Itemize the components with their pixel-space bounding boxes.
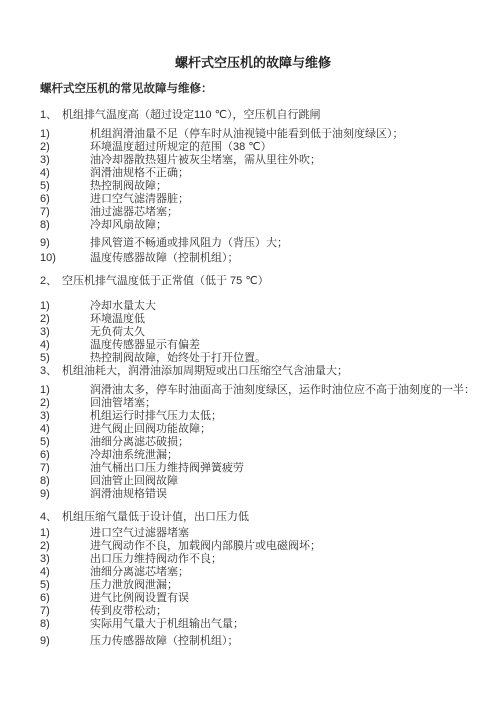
section-number: 1、 — [40, 109, 62, 122]
item-number: 6) — [40, 449, 90, 462]
item-number: 1) — [40, 300, 90, 313]
list-item: 3) 油冷却器散热翅片被灰尘堵塞，需从里往外吹； — [40, 154, 466, 167]
item-text: 机组润滑油量不足（停车时从油视镜中能看到低于油刻度绿区）； — [90, 128, 404, 141]
item-number: 5) — [40, 352, 90, 365]
section-title: 机组压缩气量低于设计值，出口压力低 — [62, 511, 249, 524]
item-text: 热控制阀故障，始终处于打开位置。 — [90, 352, 266, 365]
item-text: 环境温度低 — [90, 313, 145, 326]
list-item: 3) 无负荷太久 — [40, 326, 466, 339]
list-item: 7) 传到皮带松动； — [40, 605, 466, 618]
item-text: 进口空气过滤器堵塞 — [90, 527, 189, 540]
item-number: 5) — [40, 579, 90, 592]
item-number: 6) — [40, 193, 90, 206]
item-text: 传到皮带松动； — [90, 605, 167, 618]
list-item: 3) 出口压力维持阀动作不良； — [40, 553, 466, 566]
section-number: 3、 — [40, 365, 62, 378]
list-item: 7) 油气桶出口压力维持阀弹簧疲劳 — [40, 462, 466, 475]
section-title: 机组排气温度高（超过设定110 ℃），空压机自行跳闸 — [62, 109, 320, 122]
item-text: 出口压力维持阀动作不良； — [90, 553, 222, 566]
item-text: 冷却油系统泄漏； — [90, 449, 178, 462]
item-number: 7) — [40, 605, 90, 618]
item-text: 排风管道不畅通或排风阻力（背压）大； — [90, 237, 288, 250]
item-number: 1) — [40, 527, 90, 540]
item-number: 9) — [40, 488, 90, 501]
item-number: 8) — [40, 475, 90, 488]
item-number: 9) — [40, 237, 90, 250]
item-number: 3) — [40, 553, 90, 566]
list-item: 8) 实际用气量大于机组输出气量； — [40, 618, 466, 631]
section-heading: 3、 机组油耗大，润滑油添加周期短或出口压缩空气含油量大； — [40, 365, 466, 378]
item-text: 热控制阀故障； — [90, 180, 167, 193]
item-number: 3) — [40, 410, 90, 423]
item-text: 压力泄放阀泄漏； — [90, 579, 178, 592]
item-number: 3) — [40, 154, 90, 167]
item-number: 1) — [40, 384, 90, 397]
list-item: 3) 机组运行时排气压力太低； — [40, 410, 466, 423]
document-title: 螺杆式空压机的故障与维修 — [40, 55, 466, 71]
item-number: 8) — [40, 219, 90, 232]
document-page: 螺杆式空压机的故障与维修 螺杆式空压机的常见故障与维修： 1、 机组排气温度高（… — [0, 0, 500, 708]
section-title: 空压机排气温度低于正常值（低于 75 ℃） — [62, 275, 269, 288]
item-text: 回油管堵塞； — [90, 397, 156, 410]
list-item: 8) 冷却风扇故障； — [40, 219, 466, 232]
list-item: 9) 压力传感器故障（控制机组）； — [40, 635, 466, 648]
item-number: 1) — [40, 128, 90, 141]
list-item: 2) 环境温度低 — [40, 313, 466, 326]
item-number: 7) — [40, 462, 90, 475]
item-text: 进口空气滤清器脏； — [90, 193, 189, 206]
item-number: 8) — [40, 618, 90, 631]
item-text: 油细分离滤芯破损； — [90, 436, 189, 449]
list-item: 9) 润滑油规格错误 — [40, 488, 466, 501]
section-heading: 4、 机组压缩气量低于设计值，出口压力低 — [40, 511, 466, 524]
item-text: 油细分离滤芯堵塞； — [90, 566, 189, 579]
item-number: 2) — [40, 397, 90, 410]
item-text: 进气阀动作不良，加载阀内部膜片或电磁阀坏； — [90, 540, 321, 553]
list-item: 4) 进气阀止回阀功能故障； — [40, 423, 466, 436]
item-number: 3) — [40, 326, 90, 339]
list-item: 6) 进口空气滤清器脏； — [40, 193, 466, 206]
list-item: 5) 热控制阀故障，始终处于打开位置。 — [40, 352, 466, 365]
item-text: 机组运行时排气压力太低； — [90, 410, 222, 423]
list-item: 6) 冷却油系统泄漏； — [40, 449, 466, 462]
list-item: 4) 润滑油规格不正确； — [40, 167, 466, 180]
item-number: 2) — [40, 313, 90, 326]
list-item: 9) 排风管道不畅通或排风阻力（背压）大； — [40, 237, 466, 250]
item-number: 4) — [40, 423, 90, 436]
item-number: 2) — [40, 141, 90, 154]
section-number: 2、 — [40, 275, 62, 288]
item-number: 9) — [40, 635, 90, 648]
list-item: 2) 环境温度超过所规定的范围（38 ℃） — [40, 141, 466, 154]
list-item: 2) 回油管堵塞； — [40, 397, 466, 410]
item-text: 温度传感器显示有偏差 — [90, 339, 200, 352]
list-item: 8) 回油管止回阀故障 — [40, 475, 466, 488]
document-subtitle: 螺杆式空压机的常见故障与维修： — [40, 83, 466, 96]
list-item: 4) 温度传感器显示有偏差 — [40, 339, 466, 352]
list-item: 1) 润滑油太多，停车时油面高于油刻度绿区，运作时油位应不高于油刻度的一半： — [40, 384, 466, 397]
item-text: 压力传感器故障（控制机组）； — [90, 635, 239, 648]
item-text: 环境温度超过所规定的范围（38 ℃） — [90, 141, 272, 154]
item-number: 5) — [40, 180, 90, 193]
item-number: 6) — [40, 592, 90, 605]
item-text: 回油管止回阀故障 — [90, 475, 178, 488]
section-title: 机组油耗大，润滑油添加周期短或出口压缩空气含油量大； — [62, 365, 348, 378]
item-text: 进气阀止回阀功能故障； — [90, 423, 211, 436]
section-number: 4、 — [40, 511, 62, 524]
item-text: 温度传感器故障（控制机组）； — [90, 252, 239, 265]
item-number: 7) — [40, 206, 90, 219]
item-text: 油过滤器芯堵塞； — [90, 206, 178, 219]
list-item: 6) 进气比例阀设置有误 — [40, 592, 466, 605]
list-item: 1) 进口空气过滤器堵塞 — [40, 527, 466, 540]
item-text: 冷却风扇故障； — [90, 219, 167, 232]
list-item: 2) 进气阀动作不良，加载阀内部膜片或电磁阀坏； — [40, 540, 466, 553]
item-text: 无负荷太久 — [90, 326, 145, 339]
item-text: 实际用气量大于机组输出气量； — [90, 618, 244, 631]
item-text: 润滑油规格错误 — [90, 488, 167, 501]
list-item: 5) 热控制阀故障； — [40, 180, 466, 193]
item-number: 2) — [40, 540, 90, 553]
list-item: 7) 油过滤器芯堵塞； — [40, 206, 466, 219]
item-number: 10) — [40, 252, 90, 265]
item-text: 进气比例阀设置有误 — [90, 592, 189, 605]
item-number: 4) — [40, 566, 90, 579]
list-item: 5) 油细分离滤芯破损； — [40, 436, 466, 449]
item-text: 油气桶出口压力维持阀弹簧疲劳 — [90, 462, 244, 475]
item-text: 冷却水量太大 — [90, 300, 156, 313]
list-item: 1) 机组润滑油量不足（停车时从油视镜中能看到低于油刻度绿区）； — [40, 128, 466, 141]
item-text: 润滑油太多，停车时油面高于油刻度绿区，运作时油位应不高于油刻度的一半： — [90, 384, 475, 397]
item-text: 润滑油规格不正确； — [90, 167, 189, 180]
section-heading: 2、 空压机排气温度低于正常值（低于 75 ℃） — [40, 275, 466, 288]
list-item: 10) 温度传感器故障（控制机组）； — [40, 252, 466, 265]
list-item: 5) 压力泄放阀泄漏； — [40, 579, 466, 592]
item-number: 5) — [40, 436, 90, 449]
list-item: 1) 冷却水量太大 — [40, 300, 466, 313]
item-number: 4) — [40, 339, 90, 352]
item-text: 油冷却器散热翅片被灰尘堵塞，需从里往外吹； — [90, 154, 321, 167]
item-number: 4) — [40, 167, 90, 180]
section-heading: 1、 机组排气温度高（超过设定110 ℃），空压机自行跳闸 — [40, 109, 466, 122]
list-item: 4) 油细分离滤芯堵塞； — [40, 566, 466, 579]
